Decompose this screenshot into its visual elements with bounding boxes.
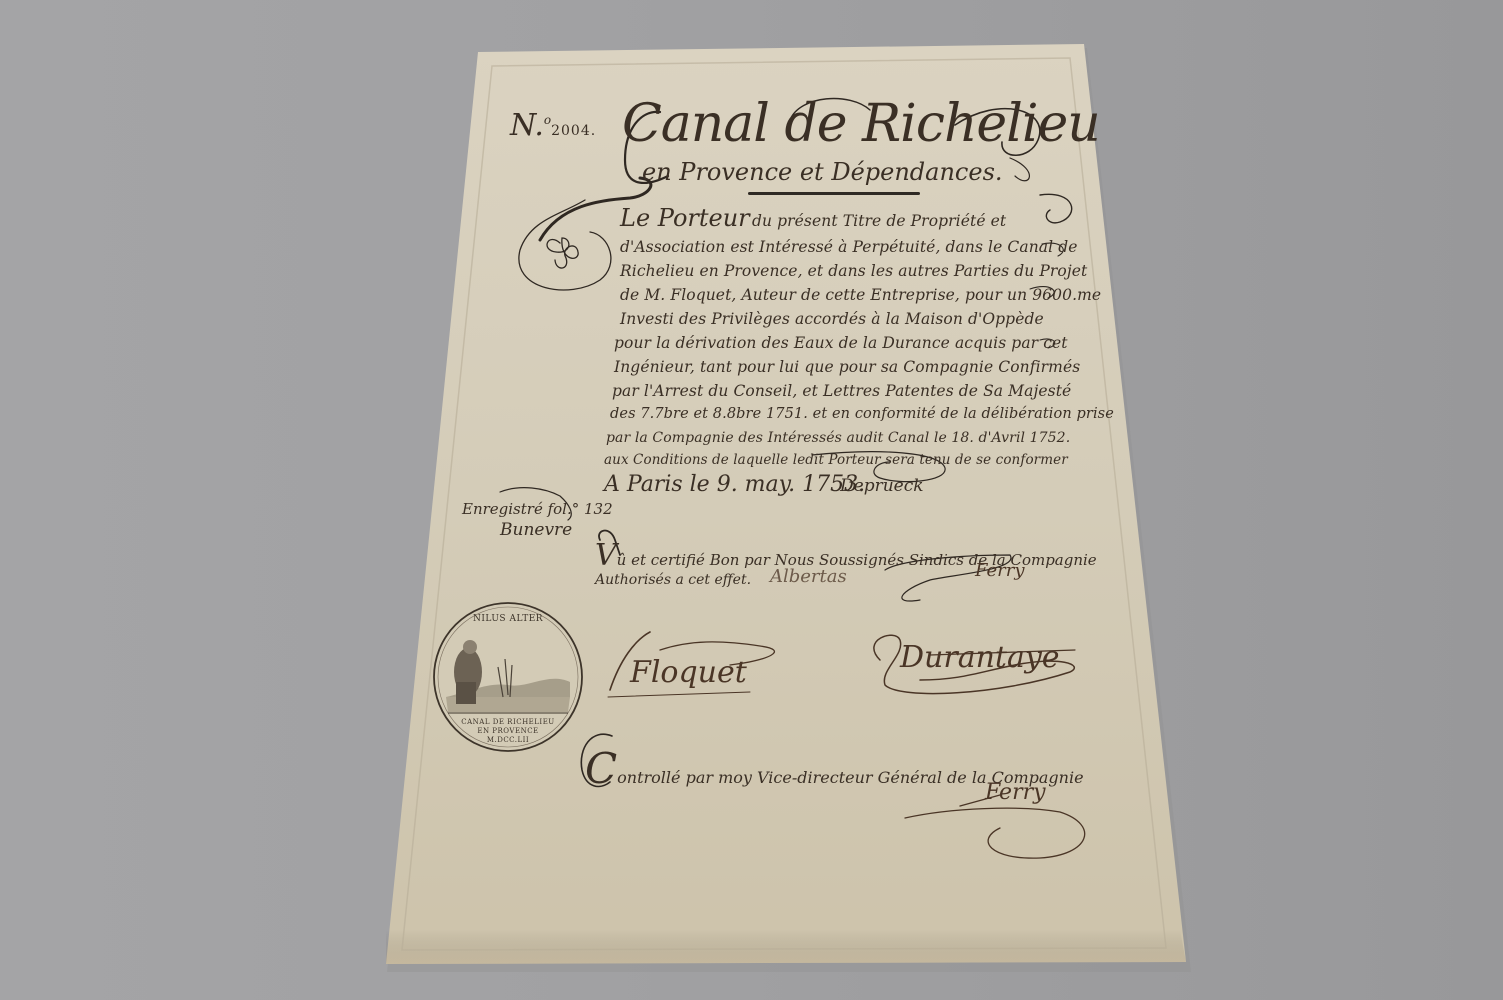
certificate-number: N.o2004. bbox=[510, 108, 596, 143]
place-signature: Deprueck bbox=[840, 476, 924, 496]
sindic-signature-2: Ferry bbox=[975, 560, 1025, 581]
body-line: des 7.7bre et 8.8bre 1751. et en conform… bbox=[610, 406, 1114, 422]
body-line: du présent Titre de Propriété et bbox=[752, 212, 1006, 230]
sindic-signature-1: Albertas bbox=[770, 566, 847, 587]
body-line: Ingénieur, tant pour lui que pour sa Com… bbox=[614, 358, 1080, 376]
seal-bottom-legend-3: M.DCC.LII bbox=[432, 736, 584, 744]
body-line: de M. Floquet, Auteur de cette Entrepris… bbox=[620, 286, 1101, 304]
body-line: par l'Arrest du Conseil, et Lettres Pate… bbox=[612, 382, 1071, 400]
body-line: pour la dérivation des Eaux de la Duranc… bbox=[614, 334, 1068, 352]
body-lead: Le Porteur bbox=[620, 204, 750, 232]
title-divider bbox=[748, 192, 920, 195]
floquet-signature: Floquet bbox=[630, 655, 747, 690]
durantaye-signature: Durantaye bbox=[900, 640, 1060, 675]
certification-cap: V bbox=[595, 538, 617, 573]
body-line: par la Compagnie des Intéressés audit Ca… bbox=[606, 430, 1070, 446]
number-prefix: N. bbox=[510, 108, 544, 143]
place-date: A Paris le 9. may. 1753. bbox=[604, 472, 865, 497]
document-subtitle: en Provence et Dépendances. bbox=[642, 158, 1003, 186]
body-line: Investi des Privilèges accordés à la Mai… bbox=[620, 310, 1044, 328]
number-value: 2004. bbox=[551, 123, 596, 139]
body-line: aux Conditions de laquelle ledit Porteur… bbox=[604, 452, 1068, 468]
control-signature: Ferry bbox=[985, 780, 1046, 805]
seal-bottom-legend-1: CANAL DE RICHELIEU bbox=[432, 718, 584, 726]
control-cap: C bbox=[585, 744, 617, 793]
body-line: d'Association est Intéressé à Perpétuité… bbox=[620, 238, 1078, 256]
body-line: Richelieu en Provence, et dans les autre… bbox=[620, 262, 1087, 280]
seal-legend: NILUS ALTER CANAL DE RICHELIEU EN PROVEN… bbox=[432, 602, 584, 754]
registration-note: Enregistré fol.° 132 bbox=[462, 500, 613, 518]
document-title: Canal de Richelieu bbox=[622, 94, 1100, 154]
registration-signature: Bunevre bbox=[500, 520, 572, 540]
seal-top-legend: NILUS ALTER bbox=[432, 614, 584, 624]
certificate-document: N.o2004. Canal de Richelieu en Provence … bbox=[0, 0, 1503, 1000]
authorization-line: Authorisés a cet effet. bbox=[595, 572, 751, 588]
seal-bottom-legend-2: EN PROVENCE bbox=[432, 727, 584, 735]
